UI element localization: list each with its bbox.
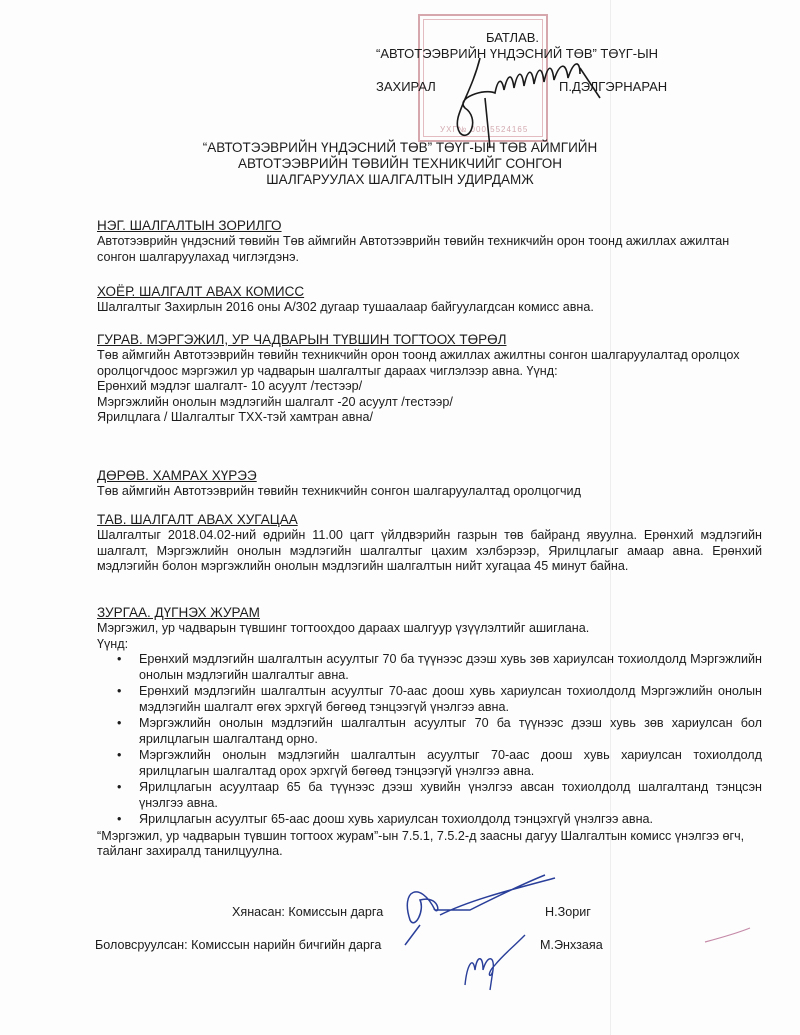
stamp-number: УХГ№ 000 5524165	[440, 125, 528, 134]
section-purpose: НЭГ. ШАЛГАЛТЫН ЗОРИЛГО Автотээврийн үндэ…	[97, 218, 762, 265]
secretary-signature	[455, 925, 535, 995]
exam-type-item: Ерөнхий мэдлэг шалгалт- 10 асуулт /тестэ…	[97, 379, 762, 395]
approval-organization: “АВТОТЭЭВРИЙН ҮНДЭСНИЙ ТӨВ” ТӨҮГ-ЫН	[376, 46, 658, 61]
reviewed-by-label: Хянасан: Комиссын дарга	[232, 905, 383, 919]
section-body: Автотээврийн үндэсний төвийн Төв аймгийн…	[97, 234, 762, 265]
criteria-item: Ерөнхий мэдлэгийн шалгалтын асуултыг 70 …	[97, 652, 762, 683]
section-heading: ТАВ. ШАЛГАЛТ АВАХ ХУГАЦАА	[97, 512, 762, 528]
prepared-by-name: М.Энхзаяа	[540, 938, 603, 952]
criteria-item: Мэргэжлийн онолын мэдлэгийн шалгалтын ас…	[97, 716, 762, 747]
criteria-item: Ярилцлагын асуултаар 65 ба түүнээс дээш …	[97, 780, 762, 811]
section-heading: ЗУРГАА. ДҮГНЭХ ЖУРАМ	[97, 605, 762, 621]
section-body: Төв аймгийн Автотээврийн төвийн техникчи…	[97, 348, 762, 379]
section-commission: ХОЁР. ШАЛГАЛТ АВАХ КОМИСС Шалгалтыг Захи…	[97, 284, 762, 316]
section-body: Шалгалтыг Захирлын 2016 оны А/302 дугаар…	[97, 300, 762, 316]
exam-type-item: Ярилцлага / Шалгалтыг ТХХ-тэй хамтран ав…	[97, 410, 762, 426]
section-body: Шалгалтыг 2018.04.02-ний өдрийн 11.00 ца…	[97, 528, 762, 575]
document-page: УХГ№ 000 5524165 БАТЛАВ. “АВТОТЭЭВРИЙН Ү…	[0, 0, 800, 1035]
section-heading: НЭГ. ШАЛГАЛТЫН ЗОРИЛГО	[97, 218, 762, 234]
section-body: Төв аймгийн Автотээврийн төвийн техникчи…	[97, 484, 762, 500]
criteria-item: Ерөнхий мэдлэгийн шалгалтын асуултыг 70-…	[97, 684, 762, 715]
title-line-3: ШАЛГАРУУЛАХ ШАЛГАЛТЫН УДИРДАМЖ	[150, 172, 650, 188]
margin-mark	[700, 920, 760, 950]
section-intro: Мэргэжил, ур чадварын түвшинг тогтоохдоо…	[97, 621, 762, 637]
approval-name: П.ДЭЛГЭРНАРАН	[559, 79, 667, 94]
document-title: “АВТОТЭЭВРИЙН ҮНДЭСНИЙ ТӨВ” ТӨҮГ-ЫН ТӨВ …	[150, 140, 650, 188]
section-skill-level: ГУРАВ. МЭРГЭЖИЛ, УР ЧАДВАРЫН ТҮВШИН ТОГТ…	[97, 332, 762, 426]
section-heading: ХОЁР. ШАЛГАЛТ АВАХ КОМИСС	[97, 284, 762, 300]
chairman-signature	[380, 870, 560, 950]
section-heading: ГУРАВ. МЭРГЭЖИЛ, УР ЧАДВАРЫН ТҮВШИН ТОГТ…	[97, 332, 762, 348]
criteria-list: Ерөнхий мэдлэгийн шалгалтын асуултыг 70 …	[97, 652, 762, 828]
criteria-item: Мэргэжлийн онолын мэдлэгийн шалгалтын ас…	[97, 748, 762, 779]
title-line-2: АВТОТЭЭВРИЙН ТӨВИЙН ТЕХНИКЧИЙГ СОНГОН	[150, 156, 650, 172]
section-intro-2: Үүнд:	[97, 637, 762, 653]
section-evaluation: ЗУРГАА. ДҮГНЭХ ЖУРАМ Мэргэжил, ур чадвар…	[97, 605, 762, 860]
section-heading: ДӨРӨВ. ХАМРАХ ХҮРЭЭ	[97, 468, 762, 484]
approval-position: ЗАХИРАЛ	[376, 79, 436, 94]
criteria-item: Ярилцлагын асуултыг 65-аас доош хувь хар…	[97, 812, 762, 828]
closing-paragraph: “Мэргэжил, ур чадварын түвшин тогтоох жу…	[97, 829, 762, 860]
prepared-by-label: Боловсруулсан: Комиссын нарийн бичгийн д…	[95, 938, 381, 952]
exam-type-item: Мэргэжлийн онолын мэдлэгийн шалгалт -20 …	[97, 395, 762, 411]
title-line-1: “АВТОТЭЭВРИЙН ҮНДЭСНИЙ ТӨВ” ТӨҮГ-ЫН ТӨВ …	[150, 140, 650, 156]
reviewed-by-name: Н.Зориг	[545, 905, 591, 919]
section-scope: ДӨРӨВ. ХАМРАХ ХҮРЭЭ Төв аймгийн Автотээв…	[97, 468, 762, 500]
section-schedule: ТАВ. ШАЛГАЛТ АВАХ ХУГАЦАА Шалгалтыг 2018…	[97, 512, 762, 575]
approval-label: БАТЛАВ.	[486, 30, 539, 45]
